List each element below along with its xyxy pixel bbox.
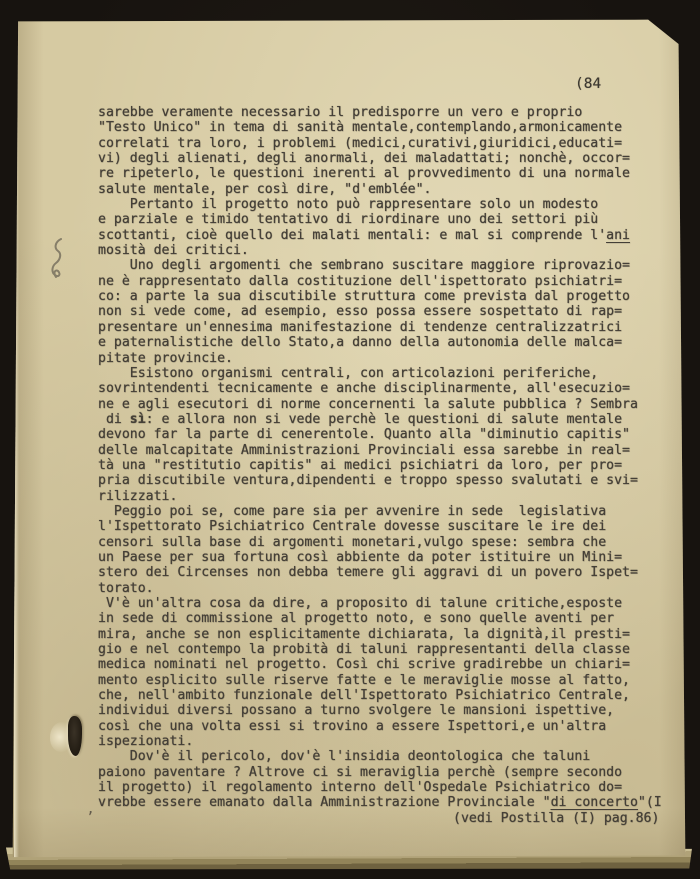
stray-apostrophe-mark: ’ bbox=[86, 810, 94, 826]
text-line: sovrintendenti tecnicamente e anche disc… bbox=[98, 381, 678, 396]
text-line: ispezionati. bbox=[98, 734, 678, 749]
text-line: re ripeterlo, le questioni inerenti al p… bbox=[98, 166, 678, 181]
text-line: mento esplicito sulle riserve fatte e le… bbox=[98, 673, 678, 688]
text-line: in sede di commissione al progetto noto,… bbox=[98, 611, 678, 626]
text-line: che, nell'ambito funzionale dell'Ispetto… bbox=[98, 688, 678, 703]
text-line: gio e nel contempo la probità di taluni … bbox=[98, 642, 678, 657]
text-line: paiono paventare ? Altrove ci si meravig… bbox=[98, 765, 678, 780]
text-line: e paternalistiche dello Stato,a danno de… bbox=[98, 335, 678, 350]
text-line: così che una volta essi si trovino a ess… bbox=[98, 719, 678, 734]
text-line: stero dei Circenses non debba temere gli… bbox=[98, 565, 678, 580]
text-line: vi) degli alienati, degli anormali, dei … bbox=[98, 151, 678, 166]
text-line: Uno degli argomenti che sembrano suscita… bbox=[98, 258, 678, 273]
text-line: individui diversi possano a turno svolge… bbox=[98, 703, 678, 718]
text-line: medica nominati nel progetto. Così chi s… bbox=[98, 657, 678, 672]
text-line: salute mentale, per così dire, "d'emblée… bbox=[98, 182, 678, 197]
text-line: vrebbe essere emanato dalla Amministrazi… bbox=[98, 795, 678, 810]
footnote-reference: (vedi Postilla (I) pag.86) bbox=[98, 811, 678, 826]
photographed-document-scene: (84 ’ sarebbe veramente necessario il pr… bbox=[0, 0, 700, 879]
text-line: Peggio poi se, come pare sia per avvenir… bbox=[98, 504, 678, 519]
text-line: mira, anche se non esplicitamente dichia… bbox=[98, 627, 678, 642]
paper-hole-mark bbox=[60, 716, 86, 758]
text-line: e parziale e timido tentativo di riordin… bbox=[98, 212, 678, 227]
ink-squiggle-mark bbox=[48, 236, 68, 288]
text-line: rilizzati. bbox=[98, 489, 678, 504]
text-line: devono far la parte di cenerentole. Quan… bbox=[98, 427, 678, 442]
text-line: tà una "restitutio capitis" ai medici ps… bbox=[98, 458, 678, 473]
text-line: ne e agli esecutori di norme concernenti… bbox=[98, 397, 678, 412]
text-line: co: a parte la sua discutibile struttura… bbox=[98, 289, 678, 304]
text-line: scottanti, cioè quello dei malati mental… bbox=[98, 228, 678, 243]
text-line: Esistono organismi centrali, con articol… bbox=[98, 366, 678, 381]
text-line: il progetto) il regolamento interno dell… bbox=[98, 780, 678, 795]
text-line: un Paese per sua fortuna così abbiente d… bbox=[98, 550, 678, 565]
text-line: di sì: e allora non si vede perchè le qu… bbox=[98, 412, 678, 427]
text-line: presentare un'ennesima manifestazione di… bbox=[98, 320, 678, 335]
text-line: pria discutibile ventura,dipendenti e tr… bbox=[98, 473, 678, 488]
text-line: l'Ispettorato Psichiatrico Centrale dove… bbox=[98, 519, 678, 534]
text-line: non si vede come, ad esempio, esso possa… bbox=[98, 304, 678, 319]
text-line: pitate provincie. bbox=[98, 351, 678, 366]
text-line: mosità dei critici. bbox=[98, 243, 678, 258]
text-line: ne è rappresentato dalla costituzione de… bbox=[98, 274, 678, 289]
text-line: torato. bbox=[98, 581, 678, 596]
typewritten-page: (84 ’ sarebbe veramente necessario il pr… bbox=[10, 18, 686, 858]
text-line: "Testo Unico" in tema di sanità mentale,… bbox=[98, 120, 678, 135]
text-line: Dov'è il pericolo, dov'è l'insidia deont… bbox=[98, 749, 678, 764]
text-line: correlati tra loro, i problemi (medici,c… bbox=[98, 136, 678, 151]
page-number: (84 bbox=[575, 76, 601, 92]
text-line: delle malcapitate Amministrazioni Provin… bbox=[98, 443, 678, 458]
text-line: Pertanto il progetto noto può rappresent… bbox=[98, 197, 678, 212]
paper-hole-dark-spot bbox=[68, 716, 82, 756]
text-line: censori sulla base di argomenti monetari… bbox=[98, 535, 678, 550]
text-body: sarebbe veramente necessario il predispo… bbox=[98, 105, 678, 826]
text-line: V'è un'altra cosa da dire, a proposito d… bbox=[98, 596, 678, 611]
text-line: sarebbe veramente necessario il predispo… bbox=[98, 105, 678, 120]
